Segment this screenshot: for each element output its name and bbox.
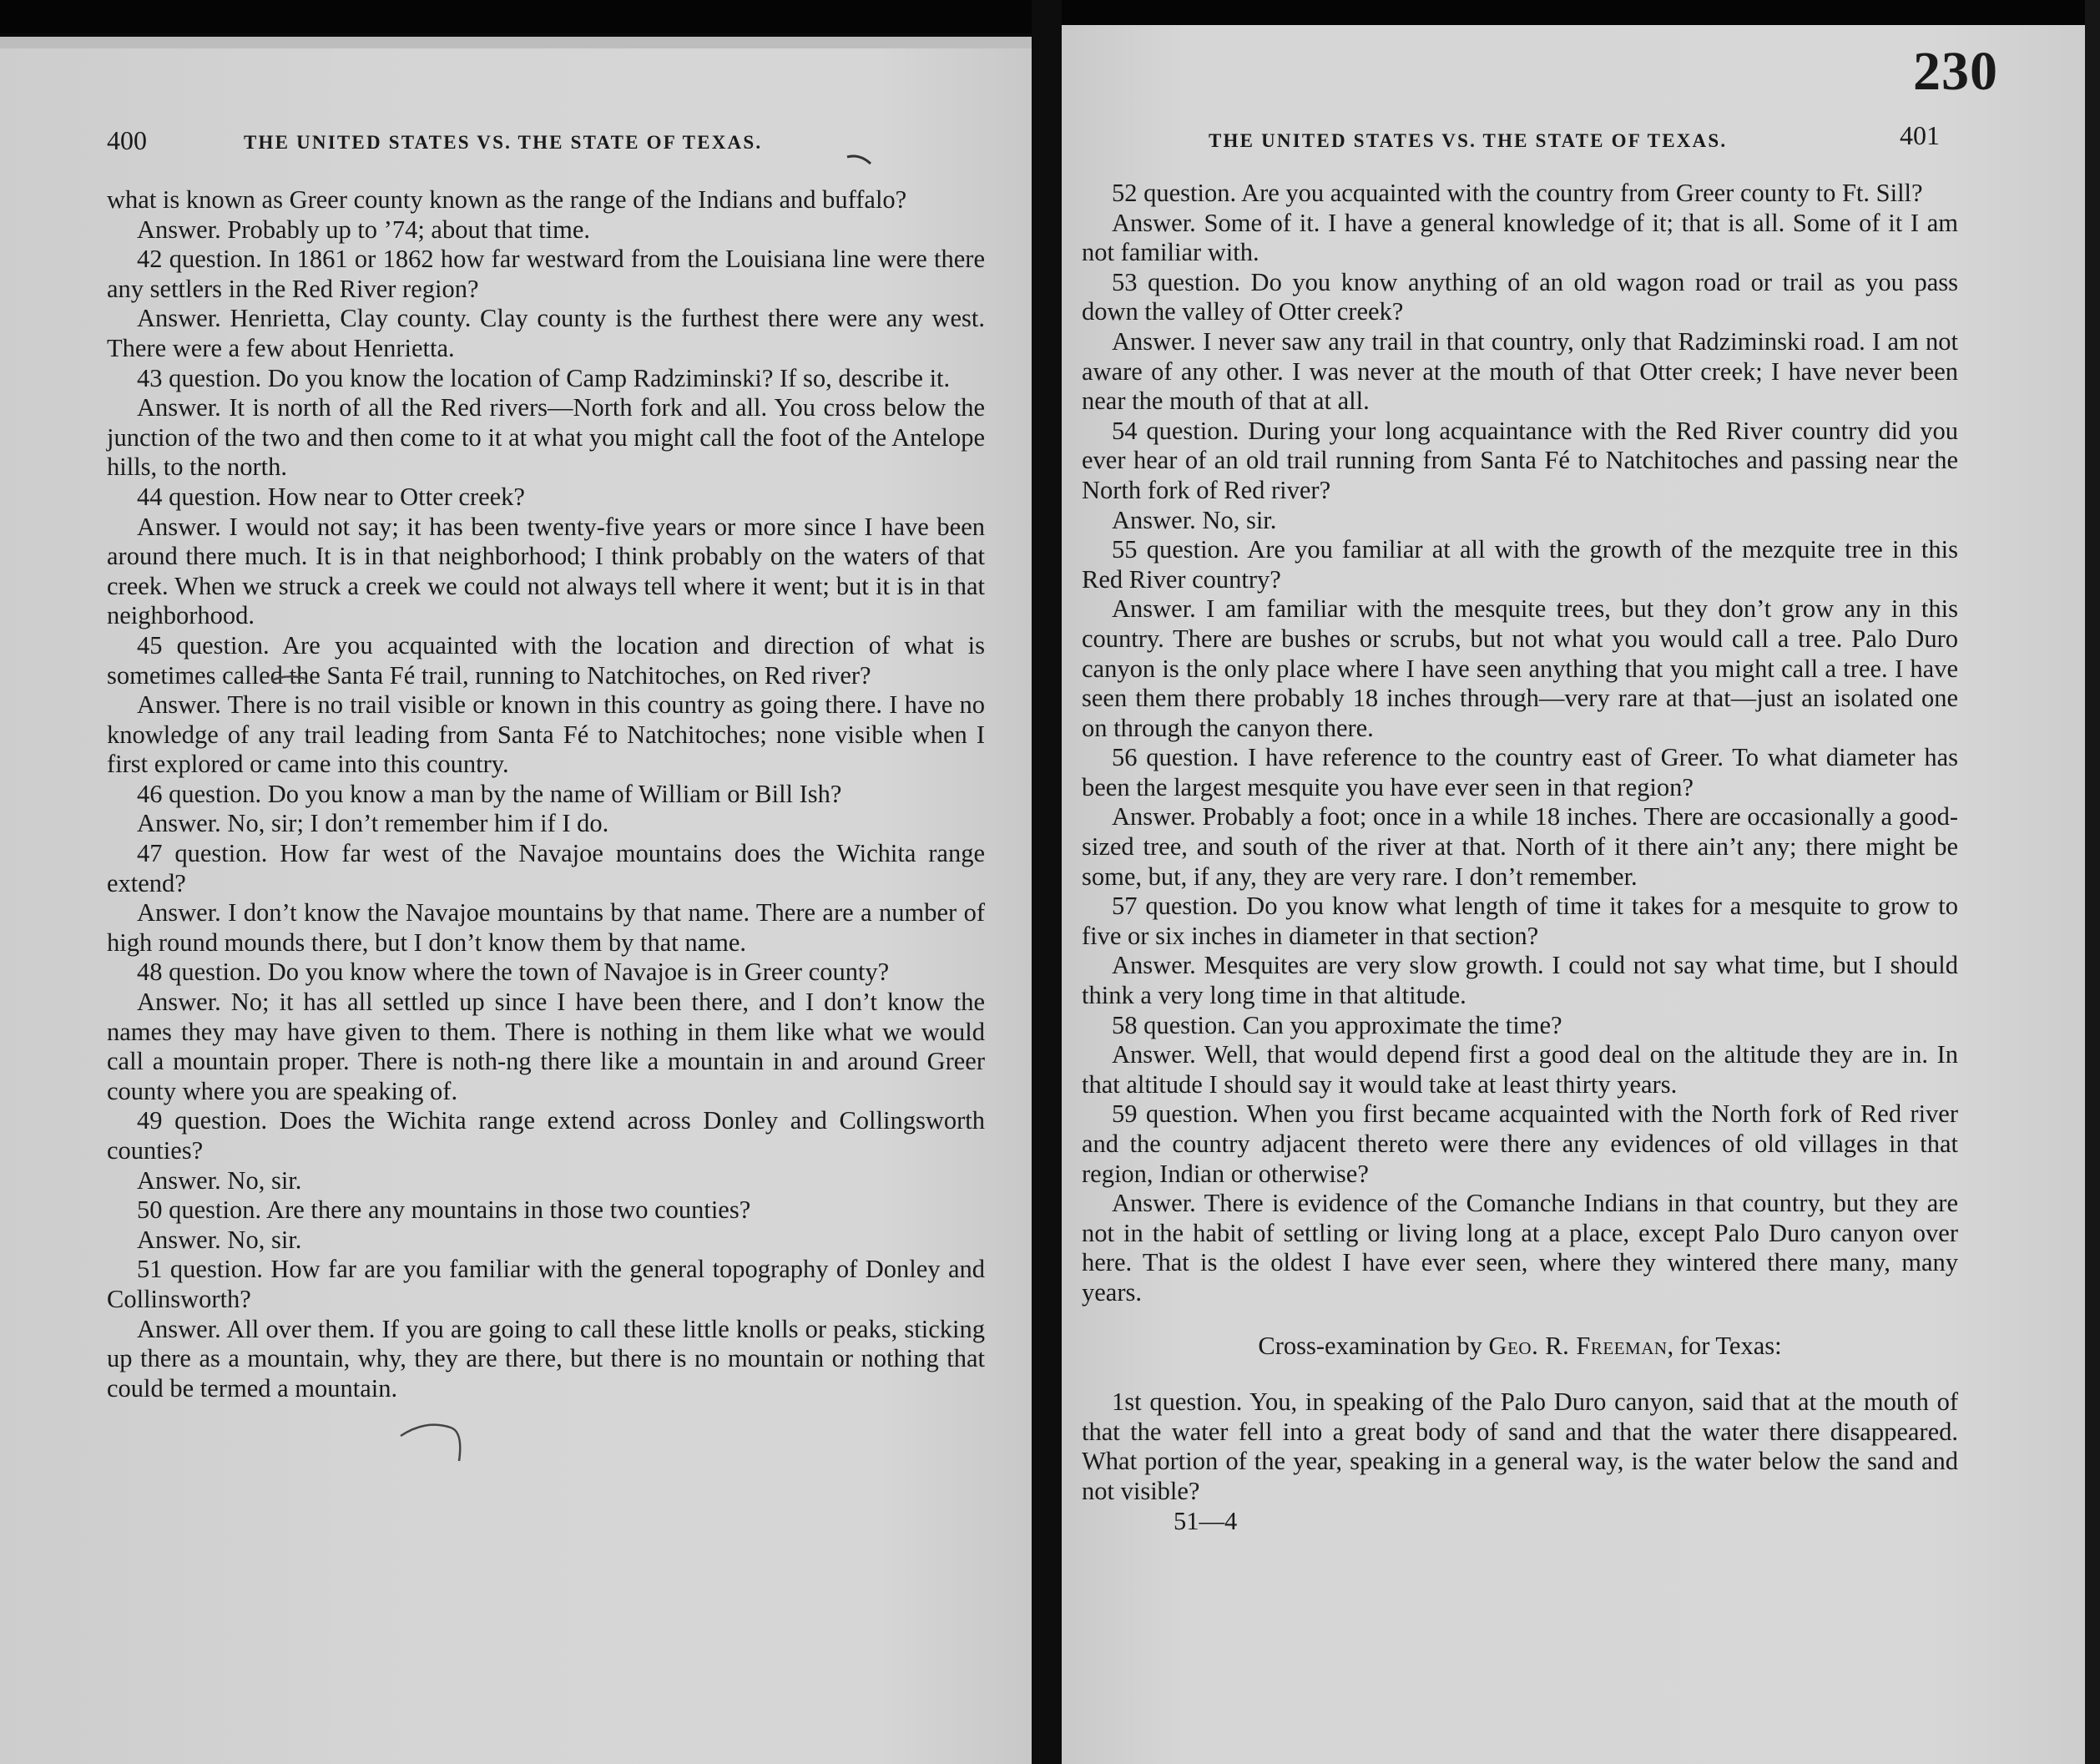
book-gutter — [1032, 0, 1062, 1764]
scan-right-border — [2085, 0, 2100, 1764]
answer-55: Answer. I am familiar with the mesquite … — [1082, 594, 1958, 743]
answer-57: Answer. Mesquites are very slow growth. … — [1082, 951, 1958, 1010]
right-running-head: THE UNITED STATES VS. THE STATE OF TEXAS… — [1209, 130, 1727, 152]
question-56: 56 question. I have reference to the cou… — [1082, 743, 1958, 802]
question-58: 58 question. Can you approximate the tim… — [1082, 1011, 1958, 1041]
question-53: 53 question. Do you know anything of an … — [1082, 268, 1958, 327]
examiner-name: Geo. R. Freeman — [1489, 1332, 1668, 1360]
question-57: 57 question. Do you know what length of … — [1082, 892, 1958, 951]
answer-54: Answer. No, sir. — [1082, 506, 1958, 536]
answer-58: Answer. Well, that would depend first a … — [1082, 1040, 1958, 1099]
cross-question-1: 1st question. You, in speaking of the Pa… — [1082, 1387, 1958, 1506]
signature-mark: 51—4 — [1174, 1507, 1958, 1537]
answer-52: Answer. Some of it. I have a general kno… — [1082, 209, 1958, 268]
question-52: 52 question. Are you acquainted with the… — [1082, 179, 1958, 209]
right-page-body: 52 question. Are you acquainted with the… — [1082, 179, 1958, 1536]
answer-59: Answer. There is evidence of the Comanch… — [1082, 1189, 1958, 1307]
answer-56: Answer. Probably a foot; once in a while… — [1082, 802, 1958, 892]
archive-stamp-number: 230 — [1913, 40, 1998, 104]
right-page-number: 401 — [1900, 120, 1940, 151]
question-59: 59 question. When you first became acqua… — [1082, 1099, 1958, 1189]
cross-heading-prefix: Cross-examination by — [1258, 1332, 1488, 1360]
cross-examination-heading: Cross-examination by Geo. R. Freeman, fo… — [1082, 1332, 1958, 1362]
cross-heading-suffix: , for Texas: — [1668, 1332, 1782, 1360]
question-55: 55 question. Are you familiar at all wit… — [1082, 535, 1958, 594]
answer-53: Answer. I never saw any trail in that co… — [1082, 327, 1958, 417]
question-54: 54 question. During your long acquaintan… — [1082, 417, 1958, 506]
